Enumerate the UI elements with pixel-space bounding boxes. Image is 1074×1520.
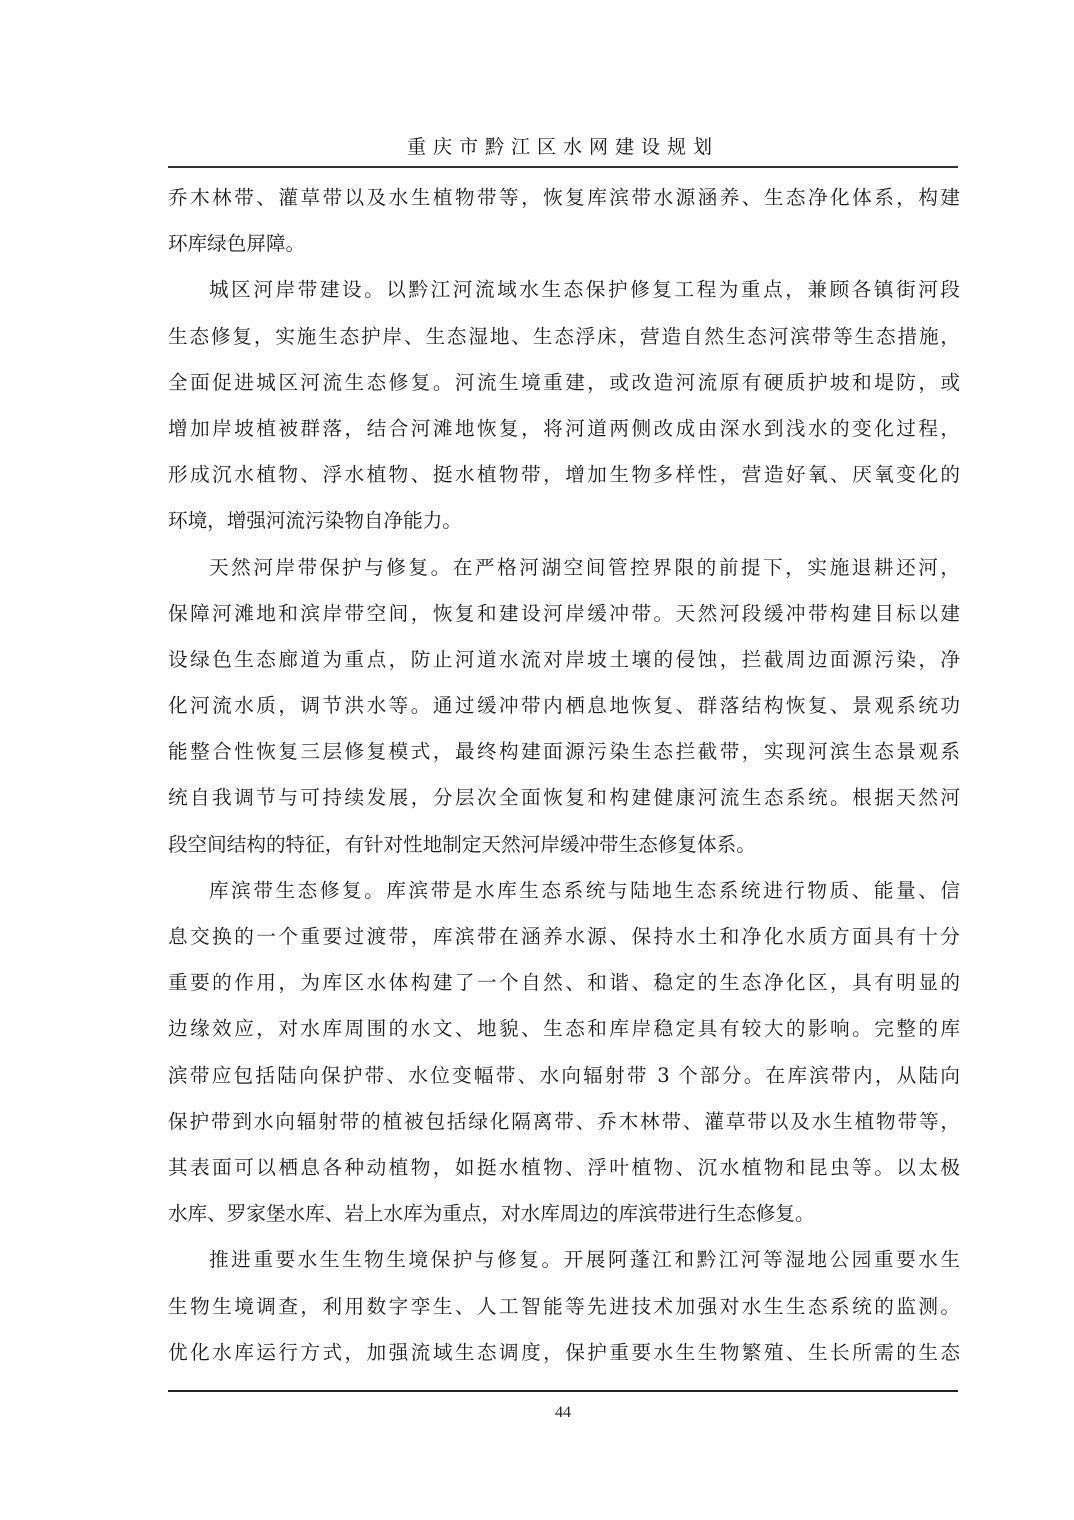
footer-divider (168, 1390, 958, 1392)
paragraph: 城区河岸带建设。以黔江河流域水生态保护修复工程为重点，兼顾各镇街河段 生态修复，… (168, 272, 960, 549)
text-line: 重要的作用，为库区水体构建了一个自然、和谐、稳定的生态净化区，具有明显的 (168, 965, 960, 1011)
text-line: 段空间结构的特征，有针对性地制定天然河岸缓冲带生态修复体系。 (168, 827, 960, 873)
text-line: 息交换的一个重要过渡带，库滨带在涵养水源、保持水土和净化水质方面具有十分 (168, 919, 960, 965)
text-line: 形成沉水植物、浮水植物、挺水植物带，增加生物多样性，营造好氧、厌氧变化的 (168, 457, 960, 503)
running-header-title: 重庆市黔江区水网建设规划 (168, 132, 958, 159)
text-line: 其表面可以栖息各种动植物，如挺水植物、浮叶植物、沉水植物和昆虫等。以太极 (168, 1150, 960, 1196)
document-body: 乔木林带、灌草带以及水生植物带等，恢复库滨带水源涵养、生态净化体系，构建 环库绿… (168, 180, 960, 1381)
page-number: 44 (168, 1404, 958, 1422)
text-line: 环库绿色屏障。 (168, 226, 960, 272)
text-line: 统自我调节与可持续发展，分层次全面恢复和构建健康河流生态系统。根据天然河 (168, 780, 960, 826)
paragraph: 推进重要水生生物生境保护与修复。开展阿蓬江和黔江河等湿地公园重要水生 生物生境调… (168, 1242, 960, 1381)
header-divider (168, 166, 958, 168)
text-line: 全面促进城区河流生态修复。河流生境重建，或改造河流原有硬质护坡和堤防，或 (168, 365, 960, 411)
text-line: 能整合性恢复三层修复模式，最终构建面源污染生态拦截带，实现河滨生态景观系 (168, 734, 960, 780)
paragraph: 乔木林带、灌草带以及水生植物带等，恢复库滨带水源涵养、生态净化体系，构建 环库绿… (168, 180, 960, 272)
text-line: 边缘效应，对水库周围的水文、地貌、生态和库岸稳定具有较大的影响。完整的库 (168, 1011, 960, 1057)
text-line: 滨带应包括陆向保护带、水位变幅带、水向辐射带 3 个部分。在库滨带内，从陆向 (168, 1058, 960, 1104)
text-line: 保障河滩地和滨岸带空间，恢复和建设河岸缓冲带。天然河段缓冲带构建目标以建 (168, 596, 960, 642)
text-line: 城区河岸带建设。以黔江河流域水生态保护修复工程为重点，兼顾各镇街河段 (168, 272, 960, 318)
text-line: 保护带到水向辐射带的植被包括绿化隔离带、乔木林带、灌草带以及水生植物带等， (168, 1104, 960, 1150)
text-line: 生态修复，实施生态护岸、生态湿地、生态浮床，营造自然生态河滨带等生态措施， (168, 319, 960, 365)
text-line: 乔木林带、灌草带以及水生植物带等，恢复库滨带水源涵养、生态净化体系，构建 (168, 180, 960, 226)
text-line: 库滨带生态修复。库滨带是水库生态系统与陆地生态系统进行物质、能量、信 (168, 873, 960, 919)
text-line: 天然河岸带保护与修复。在严格河湖空间管控界限的前提下，实施退耕还河， (168, 550, 960, 596)
paragraph: 库滨带生态修复。库滨带是水库生态系统与陆地生态系统进行物质、能量、信 息交换的一… (168, 873, 960, 1243)
text-line: 水库、罗家堡水库、岩上水库为重点，对水库周边的库滨带进行生态修复。 (168, 1196, 960, 1242)
text-line: 推进重要水生生物生境保护与修复。开展阿蓬江和黔江河等湿地公园重要水生 (168, 1242, 960, 1288)
document-page: 重庆市黔江区水网建设规划 乔木林带、灌草带以及水生植物带等，恢复库滨带水源涵养、… (0, 0, 1074, 1520)
text-line: 增加岸坡植被群落，结合河滩地恢复，将河道两侧改成由深水到浅水的变化过程， (168, 411, 960, 457)
text-line: 生物生境调查，利用数字孪生、人工智能等先进技术加强对水生生态系统的监测。 (168, 1289, 960, 1335)
text-line: 优化水库运行方式，加强流域生态调度，保护重要水生生物繁殖、生长所需的生态 (168, 1335, 960, 1381)
text-line: 环境，增强河流污染物自净能力。 (168, 503, 960, 549)
text-line: 设绿色生态廊道为重点，防止河道水流对岸坡土壤的侵蚀，拦截周边面源污染，净 (168, 642, 960, 688)
paragraph: 天然河岸带保护与修复。在严格河湖空间管控界限的前提下，实施退耕还河， 保障河滩地… (168, 550, 960, 873)
text-line: 化河流水质，调节洪水等。通过缓冲带内栖息地恢复、群落结构恢复、景观系统功 (168, 688, 960, 734)
